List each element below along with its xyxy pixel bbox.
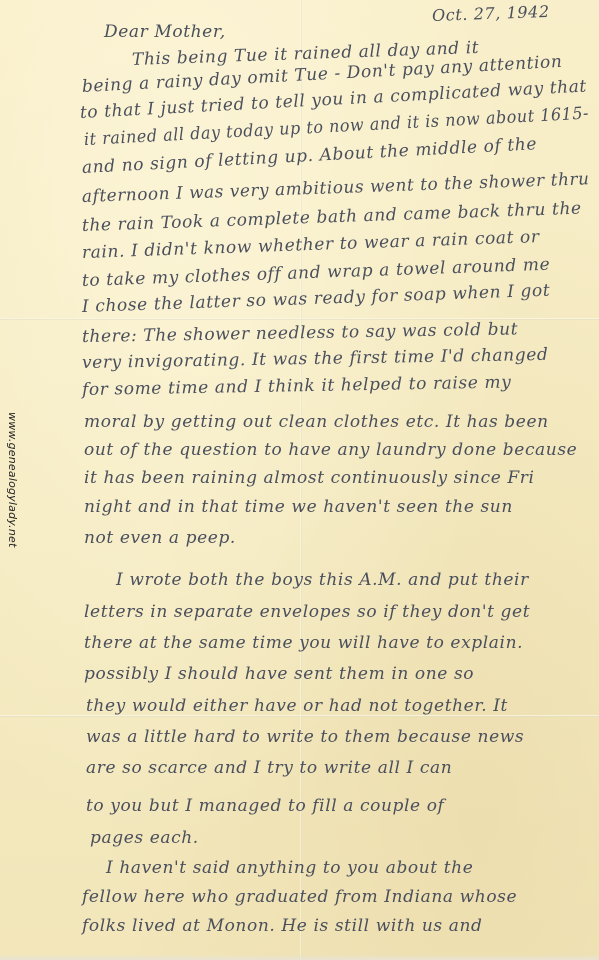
- letter-salutation: Dear Mother,: [104, 22, 226, 42]
- letter-line: out of the question to have any laundry …: [84, 440, 577, 460]
- letter-line: moral by getting out clean clothes etc. …: [84, 412, 549, 432]
- letter-line: not even a peep.: [84, 528, 236, 548]
- letter-line: there at the same time you will have to …: [84, 633, 523, 653]
- letter-line: possibly I should have sent them in one …: [84, 664, 474, 684]
- watermark: www.genealogylady.net: [6, 412, 19, 547]
- letter-line: fellow here who graduated from Indiana w…: [82, 887, 517, 907]
- letter-line: I haven't said anything to you about the: [106, 858, 473, 878]
- letter-line: I wrote both the boys this A.M. and put …: [116, 570, 529, 590]
- letter-line: they would either have or had not togeth…: [86, 696, 508, 716]
- letter-line: for some time and I think it helped to r…: [82, 373, 512, 400]
- letter-line: letters in separate envelopes so if they…: [84, 602, 530, 622]
- letter-date: Oct. 27, 1942: [432, 2, 550, 25]
- letter-line: was a little hard to write to them becau…: [86, 727, 524, 747]
- letter-line: it has been raining almost continuously …: [84, 468, 535, 488]
- letter-line: are so scarce and I try to write all I c…: [86, 758, 452, 778]
- letter-line: night and in that time we haven't seen t…: [84, 497, 513, 517]
- letter-page: www.genealogylady.net Oct. 27, 1942 Dear…: [0, 0, 599, 960]
- letter-line: very invigorating. It was the first time…: [82, 345, 549, 373]
- paper-bottom-edge: [0, 954, 599, 960]
- letter-line: pages each.: [90, 828, 199, 848]
- letter-line: folks lived at Monon. He is still with u…: [82, 916, 483, 936]
- letter-line: to you but I managed to fill a couple of: [86, 796, 444, 816]
- letter-line: there: The shower needless to say was co…: [82, 319, 518, 347]
